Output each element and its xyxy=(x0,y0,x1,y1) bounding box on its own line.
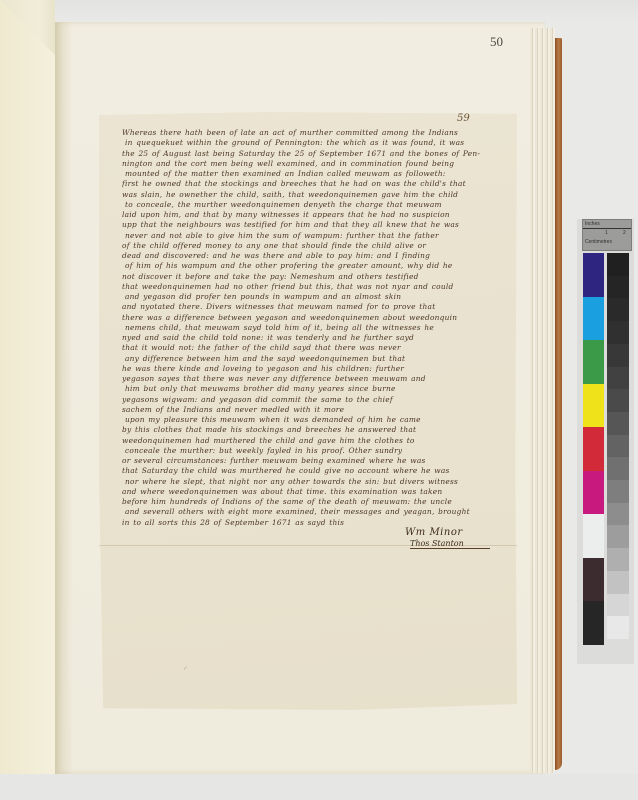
gray-patch xyxy=(607,503,629,526)
manuscript-line: of the child offered money to any one th… xyxy=(122,241,512,251)
gray-patch xyxy=(607,548,629,571)
manuscript-line: yegason sayes that there was never any d… xyxy=(122,374,512,384)
manuscript-line: nemens child, that meuwam sayd told him … xyxy=(122,323,512,333)
pencil-mark: ✓ xyxy=(183,665,188,672)
manuscript-line: in quequekuet within the ground of Penni… xyxy=(122,138,512,148)
gray-patch xyxy=(607,276,629,299)
manuscript-line: weedonquinemen had murthered the child a… xyxy=(122,436,512,446)
leather-cover-edge xyxy=(555,38,562,770)
gray-patch xyxy=(607,457,629,480)
gray-patch xyxy=(607,253,629,276)
ruler-tick-2: 2 xyxy=(623,230,626,236)
signature-name: Wm Minor xyxy=(405,527,490,538)
manuscript-line: sachem of the Indians and never medled w… xyxy=(122,405,512,415)
manuscript-line: never and not able to give him the sum o… xyxy=(122,231,512,241)
manuscript-line: that weedonquinemen had no other friend … xyxy=(122,282,512,292)
manuscript-text: Whereas there hath been of late an act o… xyxy=(122,128,512,528)
color-patch xyxy=(583,297,604,341)
manuscript-line: was slain, he ownether the child, saith,… xyxy=(122,190,512,200)
color-patch xyxy=(583,384,604,428)
manuscript-line: by this clothes that made his stockings … xyxy=(122,425,512,435)
manuscript-line: and severall others with eight more exam… xyxy=(122,507,512,517)
manuscript-line: yegasons wigwam: and yegason did commit … xyxy=(122,395,512,405)
ruler-tick-1: 1 xyxy=(605,230,608,236)
gray-patch xyxy=(607,594,629,617)
manuscript-line: upon my pleasure this meuwam when it was… xyxy=(122,415,512,425)
manuscript-line: first he owned that the stockings and br… xyxy=(122,179,512,189)
gutter-shadow xyxy=(55,22,73,774)
manuscript-line: there was a difference between yegason a… xyxy=(122,313,512,323)
manuscript-line: Whereas there hath been of late an act o… xyxy=(122,128,512,138)
manuscript-line: dead and discovered: and he was there an… xyxy=(122,251,512,261)
scale-ruler: Inches 1 2 Centimetres xyxy=(582,219,632,251)
top-backdrop xyxy=(0,0,638,22)
manuscript-line: he was there kinde and loveing to yegaso… xyxy=(122,364,512,374)
manuscript-line: him but only that meuwams brother did ma… xyxy=(122,384,512,394)
gray-patch xyxy=(607,525,629,548)
color-patch xyxy=(583,601,604,645)
manuscript-line: nington and the cort men being well exam… xyxy=(122,159,512,169)
ruler-centimetres-label: Centimetres xyxy=(585,239,612,245)
manuscript-line: not discover it before and take the pay:… xyxy=(122,272,512,282)
manuscript-line: mounted of the matter then examined an I… xyxy=(122,169,512,179)
manuscript-line: any difference between him and the sayd … xyxy=(122,354,512,364)
bottom-backdrop xyxy=(0,774,638,800)
manuscript-line: nor where he slept, that night nor any o… xyxy=(122,477,512,487)
manuscript-line: of him of his wampum and the other profe… xyxy=(122,261,512,271)
manuscript-line: that Saturday the child was murthered he… xyxy=(122,466,512,476)
gray-scale-column xyxy=(607,253,629,639)
facing-page-fold xyxy=(0,0,56,800)
manuscript-line: that it would not: the father of the chi… xyxy=(122,343,512,353)
gray-patch xyxy=(607,571,629,594)
gray-patch xyxy=(607,435,629,458)
page-number: 50 xyxy=(490,34,503,50)
color-patch xyxy=(583,471,604,515)
gray-patch xyxy=(607,412,629,435)
signature-flourish: Thos Stanton xyxy=(410,539,490,549)
manuscript-line: and where weedonquinemen was about that … xyxy=(122,487,512,497)
color-patch xyxy=(583,558,604,602)
fore-edge-page-stack xyxy=(530,28,555,773)
gray-patch xyxy=(607,321,629,344)
manuscript-line: laid upon him, and that by many witnesse… xyxy=(122,210,512,220)
manuscript-line: or several circumstances: further meuwam… xyxy=(122,456,512,466)
manuscript-line: and nyotated there. Divers witnesses tha… xyxy=(122,302,512,312)
gray-patch xyxy=(607,298,629,321)
manuscript-line: and yegason did profer ten pounds in wam… xyxy=(122,292,512,302)
manuscript-line: the 25 of August last being Saturday the… xyxy=(122,149,512,159)
manuscript-line: upp that the neighbours was testified fo… xyxy=(122,220,512,230)
color-patch xyxy=(583,340,604,384)
ruler-inches-label: Inches xyxy=(585,221,600,227)
gray-patch xyxy=(607,389,629,412)
color-patch xyxy=(583,514,604,558)
manuscript-line: before him hundreds of Indians of the sa… xyxy=(122,497,512,507)
manuscript-line: to conceale, the murther weedonquinemen … xyxy=(122,200,512,210)
gray-patch xyxy=(607,367,629,390)
color-patch xyxy=(583,427,604,471)
color-patch xyxy=(583,253,604,297)
manuscript-line: conceale the murther: but weekly fayled … xyxy=(122,446,512,456)
color-patch-column xyxy=(583,253,604,645)
manuscript-line: nyed and said the child told none: it wa… xyxy=(122,333,512,343)
gray-patch xyxy=(607,480,629,503)
gray-patch xyxy=(607,344,629,367)
gray-patch xyxy=(607,616,629,639)
signature-block: Wm Minor Thos Stanton xyxy=(405,527,490,549)
folio-number: 59 xyxy=(457,113,470,124)
